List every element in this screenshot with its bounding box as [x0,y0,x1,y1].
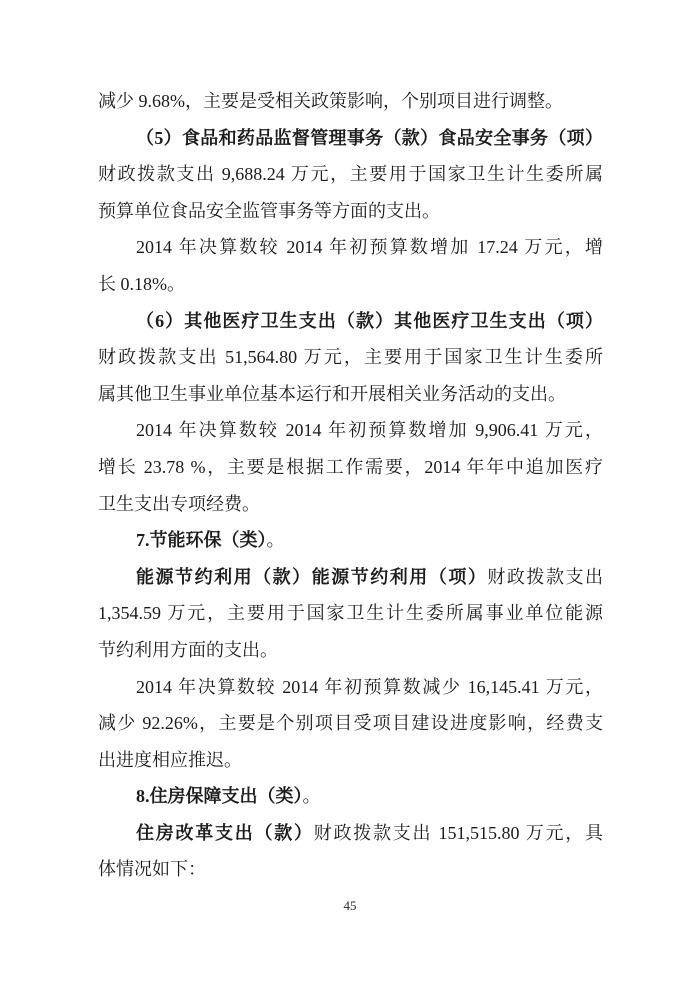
text-segment: 体情况如下： [98,859,206,879]
text-segment: 出进度相应推迟。 [98,750,242,770]
text-segment: 2014 年决算数较 2014 年初预算数减少 16,145.41 万元， [136,677,603,697]
text-segment: 属其他卫生事业单位基本运行和开展相关业务活动的支出。 [98,384,566,404]
heading-segment: 7.节能环保（类） [136,530,267,550]
text-segment: 。 [267,530,285,550]
text-line: 体情况如下： [98,851,603,888]
text-line: 2014 年决算数较 2014 年初预算数减少 16,145.41 万元， [98,669,603,706]
text-segment: 卫生支出专项经费。 [98,494,260,514]
page-number: 45 [0,898,700,914]
text-segment: 增长 23.78 %，主要是根据工作需要，2014 年年中追加医疗 [98,457,603,477]
heading-segment: 住房改革支出（款） [136,823,314,843]
text-segment: 2014 年决算数较 2014 年初预算数增加 17.24 万元，增 [136,237,603,257]
text-line: 出进度相应推迟。 [98,742,603,779]
text-segment: 1,354.59 万元，主要用于国家卫生计生委所属事业单位能源 [98,603,603,623]
heading-segment: （6）其他医疗卫生支出（款）其他医疗卫生支出（项） [136,311,603,331]
text-line: 财政拨款支出 9,688.24 万元，主要用于国家卫生计生委所属 [98,156,603,193]
text-line: 长 0.18%。 [98,266,603,303]
text-segment: 财政拨款支出 51,564.80 万元，主要用于国家卫生计生委所 [98,347,603,367]
text-line: （5）食品和药品监督管理事务（款）食品安全事务（项） [98,120,603,157]
text-line: 住房改革支出（款）财政拨款支出 151,515.80 万元，具 [98,815,603,852]
heading-segment: 能源节约利用（款）能源节约利用（项） [136,567,487,587]
text-segment: 减少 9.68%，主要是受相关政策影响，个别项目进行调整。 [98,91,563,111]
text-line: 增长 23.78 %，主要是根据工作需要，2014 年年中追加医疗 [98,449,603,486]
text-line: 减少 92.26%，主要是个别项目受项目建设进度影响，经费支 [98,705,603,742]
text-line: 财政拨款支出 51,564.80 万元，主要用于国家卫生计生委所 [98,339,603,376]
text-line: 7.节能环保（类）。 [98,522,603,559]
text-line: 1,354.59 万元，主要用于国家卫生计生委所属事业单位能源 [98,595,603,632]
text-segment: 财政拨款支出 [487,567,603,587]
text-segment: 财政拨款支出 9,688.24 万元，主要用于国家卫生计生委所属 [98,164,603,184]
text-line: 2014 年决算数较 2014 年初预算数增加 9,906.41 万元， [98,412,603,449]
text-segment: 长 0.18%。 [98,274,185,294]
document-text: 减少 9.68%，主要是受相关政策影响，个别项目进行调整。（5）食品和药品监督管… [98,83,603,888]
text-line: 能源节约利用（款）能源节约利用（项）财政拨款支出 [98,559,603,596]
text-line: 卫生支出专项经费。 [98,486,603,523]
heading-segment: （5）食品和药品监督管理事务（款）食品安全事务（项） [136,128,603,148]
heading-segment: 8.住房保障支出（类） [136,786,303,806]
text-segment: 预算单位食品安全监管事务等方面的支出。 [98,201,440,221]
text-line: 8.住房保障支出（类）。 [98,778,603,815]
text-segment: 减少 92.26%，主要是个别项目受项目建设进度影响，经费支 [98,713,603,733]
text-line: 属其他卫生事业单位基本运行和开展相关业务活动的支出。 [98,376,603,413]
text-line: 预算单位食品安全监管事务等方面的支出。 [98,193,603,230]
text-line: 2014 年决算数较 2014 年初预算数增加 17.24 万元，增 [98,229,603,266]
document-page: 减少 9.68%，主要是受相关政策影响，个别项目进行调整。（5）食品和药品监督管… [0,0,700,989]
text-segment: 财政拨款支出 151,515.80 万元，具 [314,823,603,843]
text-line: （6）其他医疗卫生支出（款）其他医疗卫生支出（项） [98,303,603,340]
text-segment: 2014 年决算数较 2014 年初预算数增加 9,906.41 万元， [136,420,603,440]
text-line: 节约利用方面的支出。 [98,632,603,669]
text-line: 减少 9.68%，主要是受相关政策影响，个别项目进行调整。 [98,83,603,120]
text-segment: 。 [303,786,321,806]
text-segment: 节约利用方面的支出。 [98,640,278,660]
